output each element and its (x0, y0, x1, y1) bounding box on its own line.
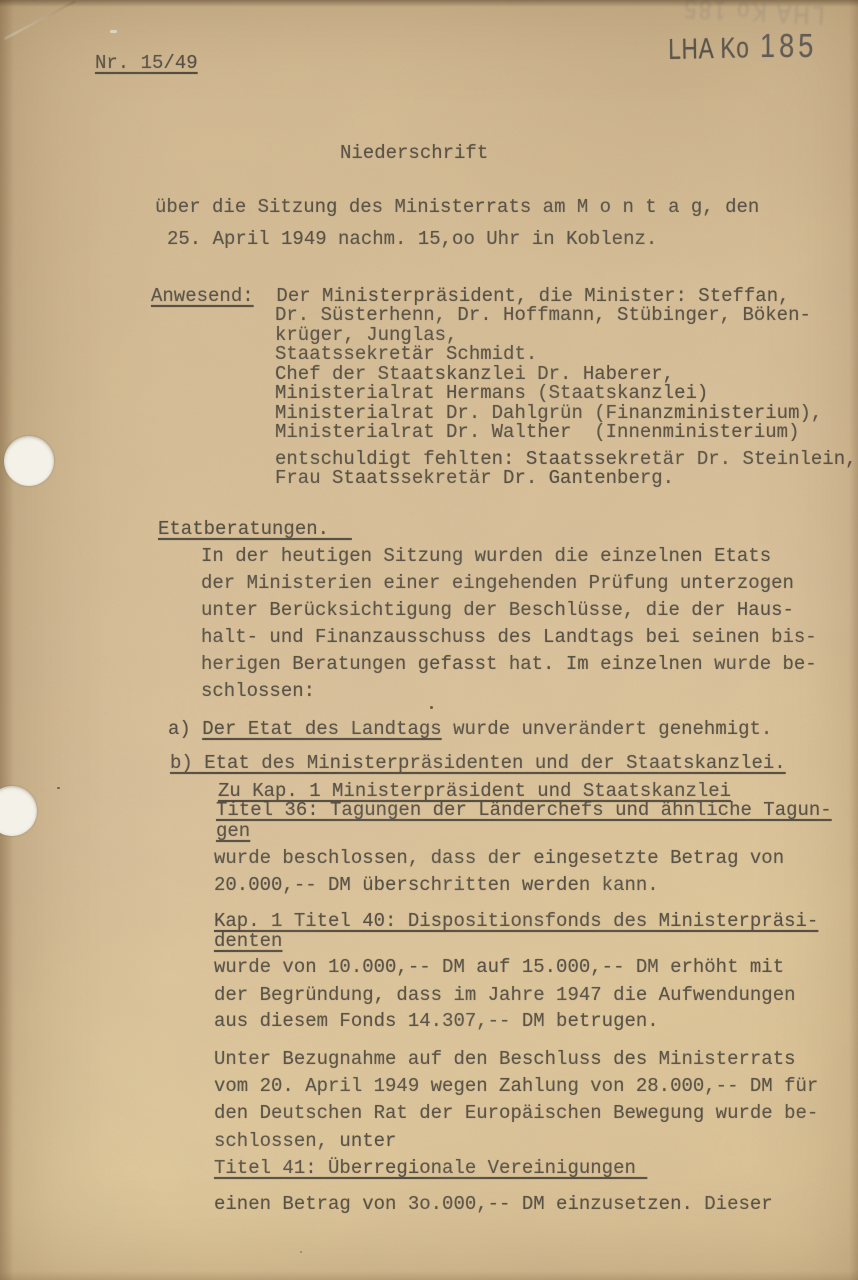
document-line: herigen Beratungen gefasst hat. Im einze… (201, 652, 817, 676)
paper-speck (430, 706, 433, 709)
page-number-stamp: 185 (760, 29, 817, 62)
document-title: Niederschrift (340, 141, 488, 165)
document-line: Titel 41: Überregionale Vereinigungen (214, 1156, 647, 1180)
text-segment: aus diesem Fonds 14.307,-- DM betrugen. (214, 1010, 659, 1032)
text-segment: 25. April 1949 nachm. 15,oo Uhr in Koble… (167, 228, 657, 250)
text-segment: der Ministerien einer eingehenden Prüfun… (201, 572, 794, 594)
underlined-text: Kap. 1 Titel 40: Dispositionsfonds des M… (214, 910, 818, 932)
text-segment: schlossen, unter (214, 1130, 396, 1152)
text-segment: über die Sitzung des Ministerrats am M o… (155, 196, 759, 218)
paper-speck (762, 452, 764, 454)
document-line: In der heutigen Sitzung wurden die einze… (201, 544, 771, 568)
document-line: vom 20. April 1949 wegen Zahlung von 28.… (214, 1074, 818, 1098)
document-line: halt- und Finanzausschuss des Landtags b… (201, 625, 817, 649)
file-number: Nr. 15/49 (95, 51, 198, 75)
text-segment: einen Betrag von 3o.000,-- DM einzusetze… (214, 1193, 773, 1215)
corner-crease (4, 0, 76, 39)
document-line: unter Berücksichtigung der Beschlüsse, d… (201, 598, 794, 622)
punch-hole-bottom (0, 786, 37, 836)
text-segment: 20.000,-- DM überschritten werden kann. (214, 874, 659, 896)
text-segment: den Deutschen Rat der Europäischen Beweg… (214, 1102, 818, 1124)
text-segment: schlossen: (201, 680, 315, 702)
document-line: Unter Bezugnahme auf den Beschluss des M… (214, 1047, 796, 1071)
document-line: Etatberatungen. (158, 517, 352, 541)
document-line: 20.000,-- DM überschritten werden kann. (214, 873, 659, 897)
document-line: schlossen, unter (214, 1129, 396, 1153)
document-line: Frau Staatssekretär Dr. Gantenberg. (275, 466, 674, 490)
text-segment: In der heutigen Sitzung wurden die einze… (201, 545, 771, 567)
document-line: Kap. 1 Titel 40: Dispositionsfonds des M… (214, 909, 818, 933)
paper-speck (300, 1251, 302, 1253)
text-segment: Unter Bezugnahme auf den Beschluss des M… (214, 1048, 796, 1070)
document-line: wurde beschlossen, dass der eingesetzte … (214, 846, 784, 870)
text-segment: der Begründung, dass im Jahre 1947 die A… (214, 984, 796, 1006)
scanned-document-page: LHA Ko 185 LHA Ko 185 Nr. 15/49 Niedersc… (0, 0, 858, 1280)
paper-fiber (110, 30, 117, 33)
underlined-text: Der Etat des Landtags (202, 718, 441, 740)
punch-hole-top (4, 436, 54, 486)
file-number-text: Nr. 15/49 (95, 52, 198, 74)
underlined-text: Titel 36: Tagungen der Länderchefs und ä… (216, 799, 832, 821)
document-line: Titel 36: Tagungen der Länderchefs und ä… (216, 798, 832, 822)
document-line: aus diesem Fonds 14.307,-- DM betrugen. (214, 1009, 659, 1033)
document-line: b) Etat des Ministerpräsidenten und der … (170, 751, 786, 775)
text-segment: halt- und Finanzausschuss des Landtags b… (201, 626, 817, 648)
document-line: Ministerialrat Dr. Walther (Innenministe… (275, 420, 800, 444)
text-segment: vom 20. April 1949 wegen Zahlung von 28.… (214, 1075, 818, 1097)
document-line: 25. April 1949 nachm. 15,oo Uhr in Koble… (167, 227, 657, 251)
text-segment: wurde von 10.000,-- DM auf 15.000,-- DM … (214, 956, 784, 978)
underlined-text: Anwesend: (151, 285, 254, 307)
document-line: denten (214, 929, 282, 953)
document-line: wurde von 10.000,-- DM auf 15.000,-- DM … (214, 955, 784, 979)
underlined-text: denten (214, 930, 282, 952)
underlined-text: b) Etat des Ministerpräsidenten und der … (170, 752, 786, 774)
document-line: a) Der Etat des Landtags wurde unverände… (168, 717, 772, 741)
archive-stamp: LHA Ko (668, 34, 750, 65)
underlined-text: Etatberatungen. (158, 518, 352, 540)
document-line: einen Betrag von 3o.000,-- DM einzusetze… (214, 1192, 773, 1216)
text-segment: unter Berücksichtigung der Beschlüsse, d… (201, 599, 794, 621)
paper-speck (57, 787, 60, 789)
document-line: der Ministerien einer eingehenden Prüfun… (201, 571, 794, 595)
underlined-text: Titel 41: Überregionale Vereinigungen (214, 1157, 647, 1179)
text-segment: herigen Beratungen gefasst hat. Im einze… (201, 653, 817, 675)
document-line: der Begründung, dass im Jahre 1947 die A… (214, 983, 796, 1007)
document-line: gen (216, 819, 250, 843)
text-segment: a) (168, 718, 202, 740)
document-line: über die Sitzung des Ministerrats am M o… (155, 195, 759, 219)
text-segment: Ministerialrat Dr. Walther (Innenministe… (275, 421, 800, 443)
text-segment: wurde unverändert genehmigt. (442, 718, 773, 740)
text-segment: Frau Staatssekretär Dr. Gantenberg. (275, 467, 674, 489)
underlined-text: gen (216, 820, 250, 842)
text-segment: wurde beschlossen, dass der eingesetzte … (214, 847, 784, 869)
document-line: den Deutschen Rat der Europäischen Beweg… (214, 1101, 818, 1125)
document-line: schlossen: (201, 679, 315, 703)
